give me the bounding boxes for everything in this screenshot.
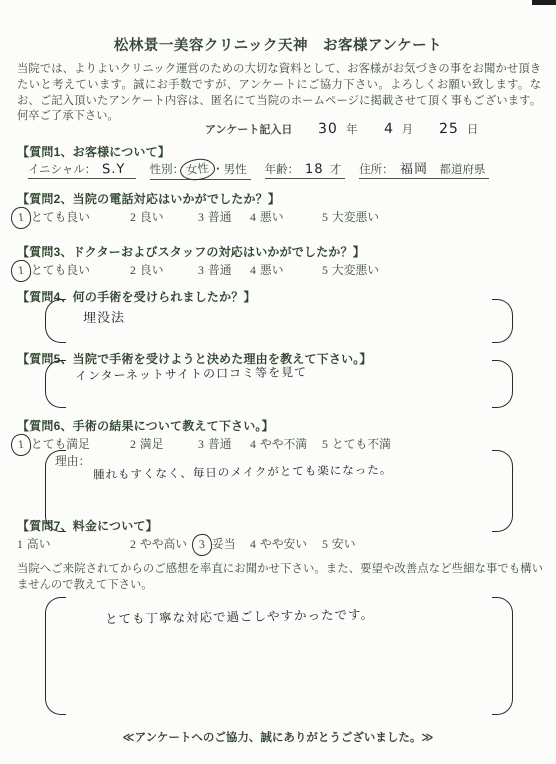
option-4[interactable]: 4やや安い [250,535,322,552]
option-number: 5 [322,263,328,277]
option-number: 3 [198,437,204,451]
option-number: 4 [250,437,256,451]
option-3[interactable]: 3普通 [198,261,250,278]
option-number: 5 [322,437,328,451]
option-label: やや安い [260,537,307,551]
option-2[interactable]: 2良い [130,208,198,225]
intro-paragraph: 当院では、よりよいクリニック運営のための大切な資料として、お客様がお気づきの事を… [17,62,541,125]
option-number: 4 [250,537,256,551]
address-label: 住所： [359,164,394,176]
option-number: 2 [130,437,136,451]
q7-heading: 【質問7、料金について】 [17,517,158,534]
option-label: 普通 [208,210,232,224]
q3-options-row: 1とても良い2良い3普通4悪い5大変悪い [17,261,547,279]
option-label: とても不満 [332,437,391,451]
date-day-unit: 日 [467,121,479,137]
gender-field[interactable]: 性別：女性・男性 [150,161,251,180]
address-unit: 都道府県 [439,164,485,176]
option-label: 普通 [208,437,232,451]
option-label: とても良い [31,263,90,277]
q6-reason-handwriting: 腫れもすくなく、毎日のメイクがとても楽になった。 [93,461,393,482]
address-field[interactable]: 住所：福岡 都道府県 [359,158,489,179]
age-label: 年齢： [265,164,300,176]
final-comment-box[interactable]: とても丁寧な対応で過ごしやすかったです。 [45,597,513,715]
option-2[interactable]: 2やや高い [130,535,198,552]
option-label: 良い [140,263,164,277]
option-1-selected[interactable]: 1とても良い [17,208,130,226]
right-bracket [492,360,513,408]
survey-page: 松林景一美容クリニック天神 お客様アンケート 当院では、よりよいクリニック運営の… [0,0,556,764]
date-month-unit: 月 [402,121,414,137]
survey-date-line: アンケート記入日 30 年 4 月 25 日 [0,121,540,137]
date-year-unit: 年 [346,121,358,137]
q3-heading: 【質問3、ドクターおよびスタッフの対応はいかがでしたか？】 [17,243,365,260]
option-label: やや高い [140,537,187,551]
right-bracket [492,299,513,343]
gender-other-option: ・男性 [212,164,247,176]
option-number: 1 [17,537,23,551]
gender-selected-circle: 女性 [179,157,216,182]
option-2[interactable]: 2良い [130,261,198,278]
option-label: 普通 [208,263,232,277]
address-value: 福岡 [400,158,428,177]
age-unit: 才 [330,164,342,176]
selected-circle-mark: 1 [10,259,32,283]
date-day-value: 25 [439,121,459,137]
left-bracket [45,597,66,715]
option-label: とても良い [31,210,90,224]
option-number: 3 [198,210,204,224]
initial-value: S.Y [102,162,126,177]
option-label: 安い [332,537,356,551]
option-number: 2 [130,537,136,551]
option-label: 良い [140,210,164,224]
option-number: 4 [250,210,256,224]
footer-thanks: ≪アンケートへのご協力、誠にありがとうございました。≫ [0,729,556,745]
option-4[interactable]: 4悪い [250,208,322,225]
date-label: アンケート記入日 [205,121,292,137]
option-5[interactable]: 5大変悪い [322,261,379,278]
selected-circle-mark: 1 [10,433,32,457]
initial-label: イニシャル： [28,164,96,176]
option-3[interactable]: 3普通 [198,208,250,225]
option-1-selected[interactable]: 1とても良い [17,261,130,279]
age-field[interactable]: 年齢：18才 [265,161,346,179]
date-year-value: 30 [318,121,338,137]
option-number: 2 [130,210,136,224]
option-label: 妥当 [212,537,236,551]
q4-answer-handwriting: 埋没法 [83,307,125,327]
option-1[interactable]: 1高い [17,535,130,552]
option-label: 悪い [260,263,284,277]
final-comment-handwriting: とても丁寧な対応で過ごしやすかったです。 [105,605,374,628]
option-label: やや不満 [260,437,307,451]
option-label: とても満足 [31,437,90,451]
q2-heading: 【質問2、当院の電話対応はいかがでしたか？】 [17,190,280,207]
option-number: 2 [130,263,136,277]
option-number: 5 [322,210,328,224]
option-4[interactable]: 4悪い [250,261,322,278]
option-3-selected[interactable]: 3妥当 [198,535,250,553]
q5-answer-box[interactable]: インターネットサイトの口コミ等を見て [45,360,513,408]
scan-corner-artifact [532,0,556,5]
option-number: 3 [198,263,204,277]
q4-answer-box[interactable]: 埋没法 [45,299,513,343]
option-5[interactable]: 5大変悪い [322,208,379,225]
option-number: 5 [322,537,328,551]
option-label: 大変悪い [332,210,379,224]
selected-circle-mark: 3 [191,533,213,557]
q7-options-row: 1高い2やや高い3妥当4やや安い5安い [17,535,547,553]
left-bracket [45,299,66,343]
date-month-value: 4 [384,121,394,137]
initial-field[interactable]: イニシャル：S.Y [28,161,136,179]
option-label: 満足 [140,437,164,451]
gender-label: 性別： [150,164,185,176]
q1-fields-row: イニシャル：S.Y 性別：女性・男性 年齢：18才 住所：福岡 都道府県 [28,158,548,180]
option-label: 大変悪い [332,263,379,277]
option-label: 高い [27,537,51,551]
page-title: 松林景一美容クリニック天神 お客様アンケート [0,34,556,55]
right-bracket [492,450,513,532]
closing-prompt: 当院へご来院されてからのご感想を率直にお聞かせ下さい。また、要望や改善点など些細… [17,562,543,594]
right-bracket [492,597,513,715]
option-number: 4 [250,263,256,277]
option-label: 悪い [260,210,284,224]
selected-circle-mark: 1 [10,206,32,230]
q6-heading: 【質問6、手術の結果について教えて下さい。】 [17,417,274,434]
left-bracket [45,360,66,408]
option-5[interactable]: 5安い [322,535,356,552]
age-value: 18 [305,162,324,177]
q5-answer-handwriting: インターネットサイトの口コミ等を見て [75,363,307,384]
q2-options-row: 1とても良い2良い3普通4悪い5大変悪い [17,208,547,226]
